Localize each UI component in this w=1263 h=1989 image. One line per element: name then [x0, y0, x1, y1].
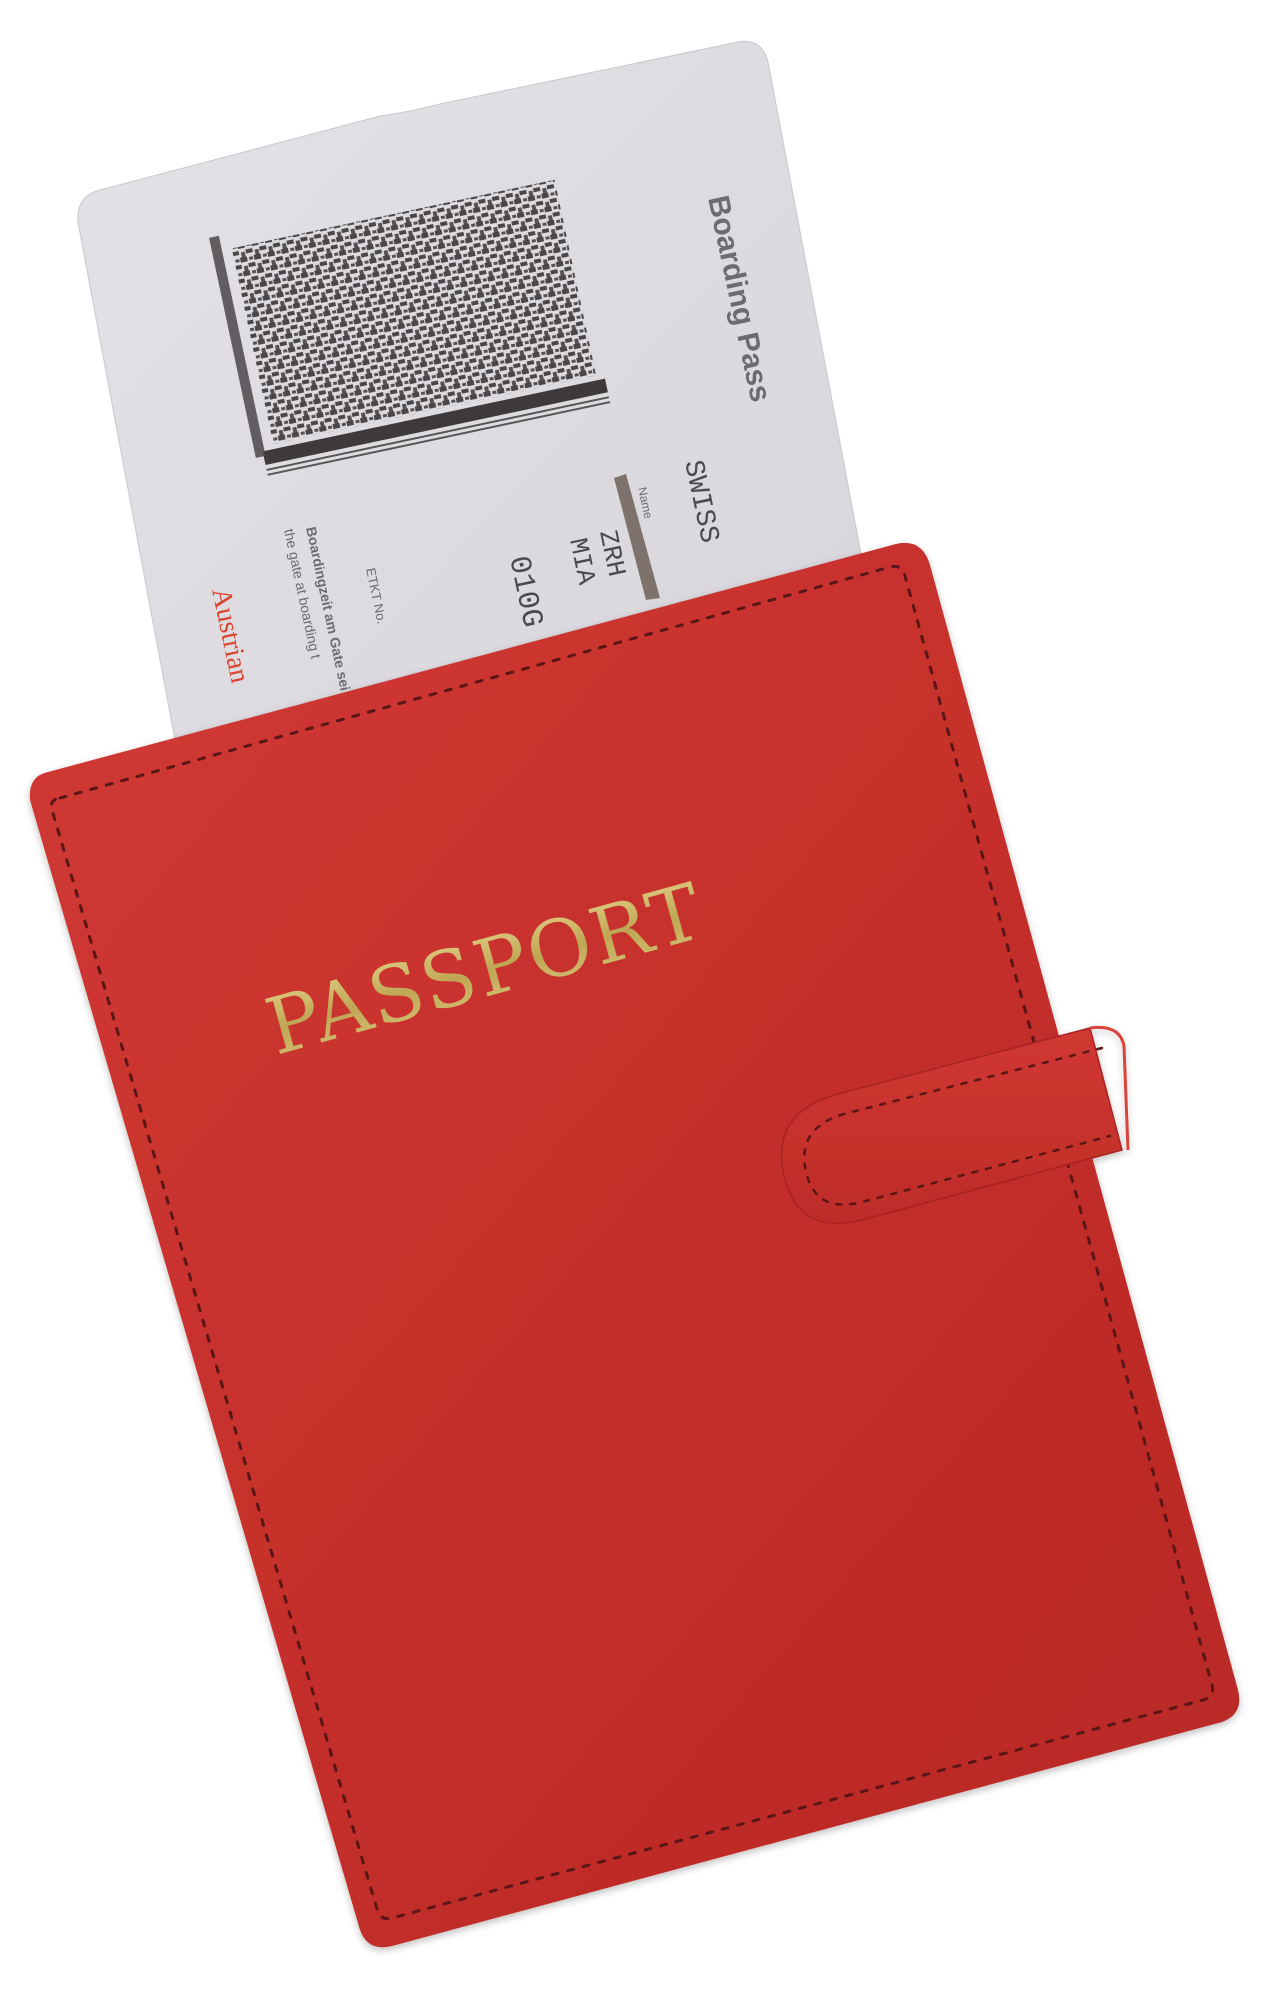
product-photo: Boarding Pass SWISS Name ZRH MIA 010G ET…	[0, 0, 1263, 1989]
cover-body	[30, 543, 1239, 1947]
passport-cover: PASSPORT	[30, 543, 1239, 1947]
